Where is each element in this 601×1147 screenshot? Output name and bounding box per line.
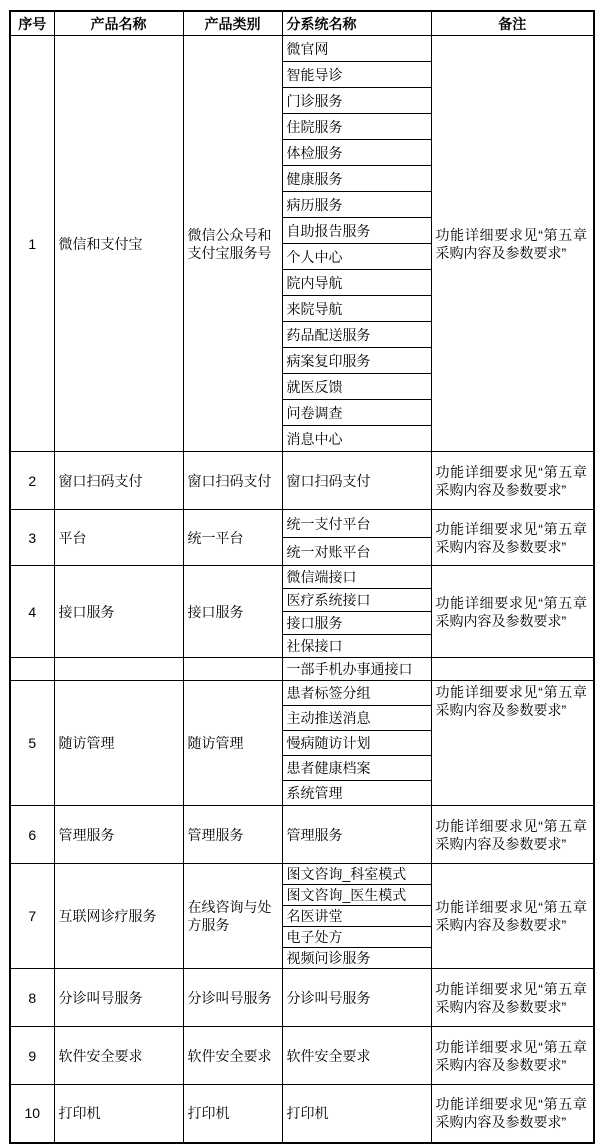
subsystem-cell: 软件安全要求 [282, 1027, 431, 1085]
table-row: 3平台统一平台统一支付平台功能详细要求见“第五章采购内容及参数要求” [10, 510, 594, 538]
table-row: 4接口服务接口服务微信端接口功能详细要求见“第五章采购内容及参数要求” [10, 566, 594, 589]
table-header: 序号 产品名称 产品类别 分系统名称 备注 [10, 11, 594, 36]
remark-cell: 功能详细要求见“第五章采购内容及参数要求” [431, 1085, 594, 1143]
product-name-cell: 平台 [54, 510, 183, 566]
subsystem-cell: 名医讲堂 [282, 906, 431, 927]
subsystem-cell: 消息中心 [282, 426, 431, 452]
product-category-cell: 窗口扫码支付 [183, 452, 282, 510]
subsystem-cell: 院内导航 [282, 270, 431, 296]
table-row: 10打印机打印机打印机功能详细要求见“第五章采购内容及参数要求” [10, 1085, 594, 1143]
subsystem-cell: 慢病随访计划 [282, 731, 431, 756]
serial-cell: 5 [10, 681, 54, 806]
product-category-cell: 分诊叫号服务 [183, 969, 282, 1027]
serial-cell: 7 [10, 864, 54, 969]
remark-cell: 功能详细要求见“第五章采购内容及参数要求” [431, 452, 594, 510]
header-product-category: 产品类别 [183, 11, 282, 36]
remark-cell: 功能详细要求见“第五章采购内容及参数要求” [431, 566, 594, 658]
serial-cell: 3 [10, 510, 54, 566]
table-row: 9软件安全要求软件安全要求软件安全要求功能详细要求见“第五章采购内容及参数要求” [10, 1027, 594, 1085]
subsystem-cell: 就医反馈 [282, 374, 431, 400]
table-row: 8分诊叫号服务分诊叫号服务分诊叫号服务功能详细要求见“第五章采购内容及参数要求” [10, 969, 594, 1027]
remark-cell: 功能详细要求见“第五章采购内容及参数要求” [431, 510, 594, 566]
header-row: 序号 产品名称 产品类别 分系统名称 备注 [10, 11, 594, 36]
subsystem-cell: 健康服务 [282, 166, 431, 192]
serial-cell: 8 [10, 969, 54, 1027]
subsystem-cell: 自助报告服务 [282, 218, 431, 244]
product-name-cell: 随访管理 [54, 681, 183, 806]
product-name-cell: 分诊叫号服务 [54, 969, 183, 1027]
header-remark: 备注 [431, 11, 594, 36]
subsystem-cell: 微官网 [282, 36, 431, 62]
remark-cell: 功能详细要求见“第五章采购内容及参数要求” [431, 36, 594, 452]
table-row: 7互联网诊疗服务在线咨询与处方服务图文咨询_科室模式功能详细要求见“第五章采购内… [10, 864, 594, 885]
product-name-cell: 打印机 [54, 1085, 183, 1143]
serial-cell: 10 [10, 1085, 54, 1143]
serial-cell: 2 [10, 452, 54, 510]
table-row: 5随访管理随访管理患者标签分组功能详细要求见“第五章采购内容及参数要求” [10, 681, 594, 706]
subsystem-cell: 医疗系统接口 [282, 589, 431, 612]
table-row: 6管理服务管理服务管理服务功能详细要求见“第五章采购内容及参数要求” [10, 806, 594, 864]
remark-cell: 功能详细要求见“第五章采购内容及参数要求” [431, 969, 594, 1027]
subsystem-cell: 接口服务 [282, 612, 431, 635]
subsystem-cell: 问卷调查 [282, 400, 431, 426]
subsystem-cell: 患者标签分组 [282, 681, 431, 706]
subsystem-cell: 药品配送服务 [282, 322, 431, 348]
subsystem-cell: 来院导航 [282, 296, 431, 322]
product-category-cell: 微信公众号和支付宝服务号 [183, 36, 282, 452]
header-product-name: 产品名称 [54, 11, 183, 36]
product-category-cell [183, 658, 282, 681]
subsystem-cell: 社保接口 [282, 635, 431, 658]
serial-cell: 9 [10, 1027, 54, 1085]
subsystem-cell: 住院服务 [282, 114, 431, 140]
serial-cell: 1 [10, 36, 54, 452]
subsystem-cell: 统一支付平台 [282, 510, 431, 538]
header-subsystem-name: 分系统名称 [282, 11, 431, 36]
product-category-cell: 统一平台 [183, 510, 282, 566]
table-row: 1微信和支付宝微信公众号和支付宝服务号微官网功能详细要求见“第五章采购内容及参数… [10, 36, 594, 62]
subsystem-cell: 系统管理 [282, 781, 431, 806]
subsystem-cell: 病历服务 [282, 192, 431, 218]
subsystem-cell: 智能导诊 [282, 62, 431, 88]
subsystem-cell: 主动推送消息 [282, 706, 431, 731]
subsystem-cell: 管理服务 [282, 806, 431, 864]
product-name-cell: 窗口扫码支付 [54, 452, 183, 510]
header-serial: 序号 [10, 11, 54, 36]
subsystem-cell: 一部手机办事通接口 [282, 658, 431, 681]
serial-cell [10, 658, 54, 681]
subsystem-cell: 电子处方 [282, 927, 431, 948]
product-category-cell: 打印机 [183, 1085, 282, 1143]
product-category-cell: 随访管理 [183, 681, 282, 806]
remark-cell: 功能详细要求见“第五章采购内容及参数要求” [431, 806, 594, 864]
product-name-cell: 接口服务 [54, 566, 183, 658]
serial-cell: 4 [10, 566, 54, 658]
product-name-cell: 软件安全要求 [54, 1027, 183, 1085]
product-name-cell: 互联网诊疗服务 [54, 864, 183, 969]
subsystem-cell: 图文咨询_医生模式 [282, 885, 431, 906]
subsystem-cell: 统一对账平台 [282, 538, 431, 566]
remark-cell [431, 658, 594, 681]
table-row: 一部手机办事通接口 [10, 658, 594, 681]
table-body: 1微信和支付宝微信公众号和支付宝服务号微官网功能详细要求见“第五章采购内容及参数… [10, 36, 594, 1143]
subsystem-cell: 分诊叫号服务 [282, 969, 431, 1027]
subsystem-cell: 个人中心 [282, 244, 431, 270]
remark-cell: 功能详细要求见“第五章采购内容及参数要求” [431, 1027, 594, 1085]
subsystem-cell: 门诊服务 [282, 88, 431, 114]
remark-cell: 功能详细要求见“第五章采购内容及参数要求” [431, 864, 594, 969]
remark-cell: 功能详细要求见“第五章采购内容及参数要求” [431, 681, 594, 806]
product-name-cell [54, 658, 183, 681]
product-category-cell: 软件安全要求 [183, 1027, 282, 1085]
product-category-cell: 管理服务 [183, 806, 282, 864]
subsystem-cell: 打印机 [282, 1085, 431, 1143]
subsystem-cell: 视频问诊服务 [282, 948, 431, 969]
subsystem-cell: 患者健康档案 [282, 756, 431, 781]
table-row: 2窗口扫码支付窗口扫码支付窗口扫码支付功能详细要求见“第五章采购内容及参数要求” [10, 452, 594, 510]
product-category-cell: 接口服务 [183, 566, 282, 658]
subsystem-cell: 微信端接口 [282, 566, 431, 589]
subsystem-cell: 病案复印服务 [282, 348, 431, 374]
subsystem-cell: 体检服务 [282, 140, 431, 166]
product-category-cell: 在线咨询与处方服务 [183, 864, 282, 969]
product-spec-table: 序号 产品名称 产品类别 分系统名称 备注 1微信和支付宝微信公众号和支付宝服务… [9, 10, 595, 1144]
subsystem-cell: 图文咨询_科室模式 [282, 864, 431, 885]
subsystem-cell: 窗口扫码支付 [282, 452, 431, 510]
serial-cell: 6 [10, 806, 54, 864]
product-name-cell: 管理服务 [54, 806, 183, 864]
product-name-cell: 微信和支付宝 [54, 36, 183, 452]
